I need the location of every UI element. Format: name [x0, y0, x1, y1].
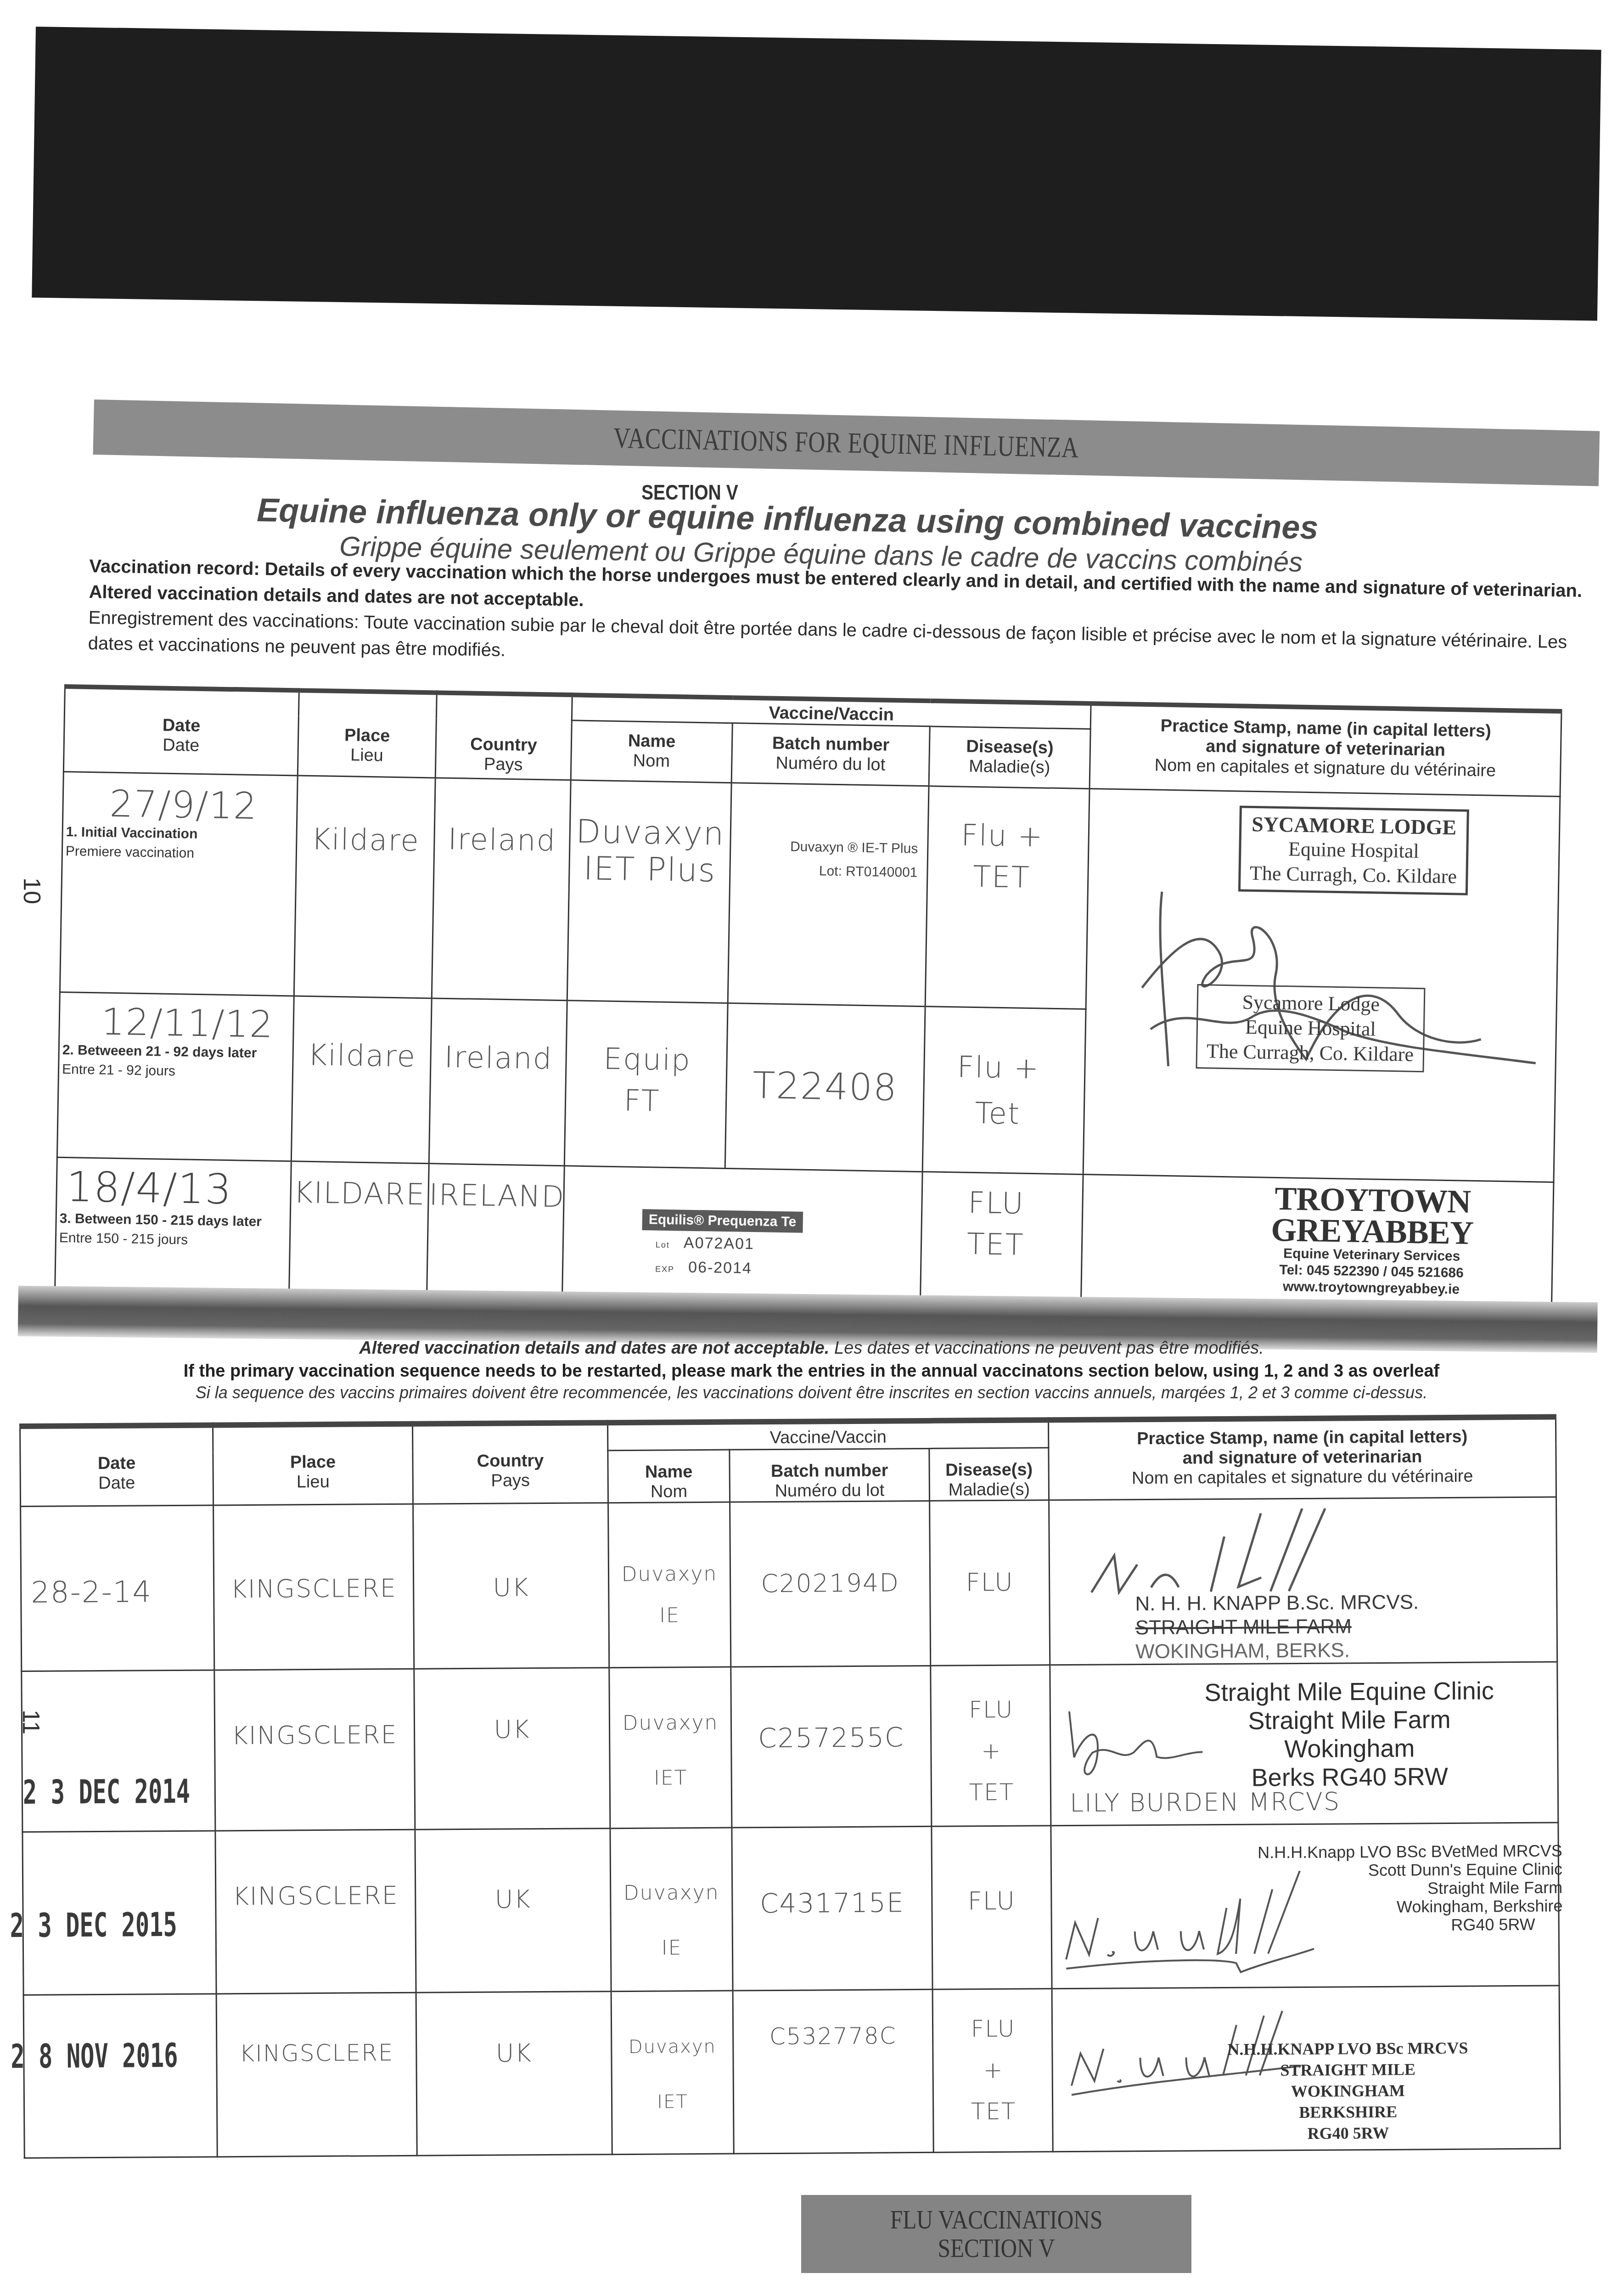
vet-signature	[1086, 1507, 1454, 1601]
instructions: Vaccination record: Details of every vac…	[88, 553, 1604, 681]
disease-cell: Flu + Tet	[922, 1007, 1086, 1175]
batch-cell: C431715E	[732, 1826, 932, 1991]
step-label-fr: Premiere vaccination	[66, 844, 296, 863]
disease-cell: FLU TET	[920, 1172, 1083, 1308]
vaccine-name-cell: Duvaxyn IE	[610, 1828, 733, 1992]
vet-stamp: N.H.H.KNAPP LVO BSc MRCVS STRAIGHT MILE …	[1227, 2037, 1468, 2144]
vet-signature	[1065, 1705, 1249, 1798]
date-cell: 27/9/12 1. Initial Vaccination Premiere …	[60, 771, 298, 996]
batch-cell: C202194D	[730, 1501, 931, 1667]
place-cell: KINGSCLERE	[213, 1504, 414, 1670]
col-place: PlaceLieu	[298, 690, 437, 777]
restart-note-en: If the primary vaccination sequence need…	[0, 1362, 1623, 1381]
vaccine-name-cell: Duvaxyn IET Plus	[567, 780, 731, 1003]
disease-cell: FLU + TET	[931, 1665, 1051, 1826]
vaccine-sticker: Equilis® Prequenza Te LotA072A01 EXP06-2…	[641, 1209, 803, 1282]
place-cell: KILDARE	[289, 1161, 429, 1297]
place-cell: KINGSCLERE	[214, 1669, 415, 1831]
page-number-10: 10	[18, 878, 45, 904]
practice-stamp-cell: TROYTOWN GREYABBEY Equine Veterinary Ser…	[1081, 1174, 1554, 1315]
place-cell: KINGSCLERE	[216, 1992, 417, 2157]
col-vaccine-name: NameNom	[571, 720, 732, 783]
batch-cell: C532778C	[733, 1989, 933, 2154]
section-banner: VACCINATIONS FOR EQUINE INFLUENZA	[93, 400, 1600, 486]
restart-note-fr: Si la sequence des vaccins primaires doi…	[0, 1383, 1623, 1402]
country-cell: IRELAND	[427, 1164, 564, 1299]
step-label: 1. Initial Vaccination	[66, 824, 296, 844]
banner-title: VACCINATIONS FOR EQUINE INFLUENZA	[613, 421, 1079, 465]
date-cell: 2 8 NOV 2016	[23, 1993, 217, 2158]
country-cell: UK	[416, 1991, 612, 2155]
date-value: 12/11/12	[101, 1000, 293, 1046]
vaccine-name-cell: Duvaxyn IET	[609, 1667, 732, 1829]
practice-stamp-cell: N.H.H.KNAPP LVO BSc MRCVS STRAIGHT MILE …	[1052, 1986, 1560, 2152]
date-cell: 2 3 DEC 2014	[22, 1670, 215, 1832]
vaccine-name-cell: Duvaxyn IE	[608, 1502, 731, 1668]
redacted-region	[32, 27, 1601, 321]
col-vaccine-group: Vaccine/Vaccin	[608, 1420, 1049, 1450]
practice-stamp-cell: N.H.H.Knapp LVO BSc BVetMed MRCVS Scott …	[1051, 1823, 1559, 1989]
altered-note: Altered vaccination details and dates ar…	[0, 1339, 1623, 1358]
vaccine-name-cell: Equip FT	[564, 1001, 728, 1169]
practice-stamp-cell: Straight Mile Equine Clinic Straight Mil…	[1050, 1662, 1558, 1826]
practice-stamp-sycamore-2: Sycamore Lodge Equine Hospital The Curra…	[1196, 984, 1425, 1072]
table-row: 2 8 NOV 2016 KINGSCLERE UK Duvaxyn IET C…	[23, 1986, 1560, 2158]
date-value: 27/9/12	[109, 782, 297, 828]
country-cell: Ireland	[429, 998, 567, 1166]
col-date: DateDate	[20, 1425, 213, 1506]
country-cell: UK	[415, 1828, 611, 1992]
col-vaccine-name: NameNom	[608, 1450, 730, 1503]
instructions-fr: Enregistrement des vaccinations: Toute v…	[88, 608, 1567, 660]
date-cell: 18/4/13 3. Between 150 - 215 days later …	[55, 1157, 292, 1294]
practice-stamp-cell: SYCAMORE LODGE Equine Hospital The Curra…	[1083, 789, 1560, 1182]
disease-cell: Flu + TET	[925, 786, 1089, 1009]
batch-cell: C257255C	[731, 1666, 932, 1828]
date-value: 18/4/13	[66, 1163, 291, 1215]
disease-cell: FLU	[932, 1825, 1052, 1989]
country-cell: UK	[413, 1503, 609, 1669]
col-country: CountryPays	[413, 1423, 608, 1504]
batch-cell: Duvaxyn ® IE-T Plus Lot: RT0140001	[728, 783, 929, 1007]
date-cell: 28-2-14	[21, 1505, 214, 1671]
table-row: 2 3 DEC 2014 KINGSCLERE UK Duvaxyn IET C…	[22, 1662, 1558, 1832]
footer-line-1: FLU VACCINATIONS	[890, 2206, 1103, 2234]
col-date: DateDate	[63, 687, 299, 776]
col-practice-stamp: Practice Stamp, name (in capital letters…	[1049, 1417, 1556, 1500]
annual-vaccination-table: DateDate PlaceLieu CountryPays Vaccine/V…	[19, 1414, 1561, 2159]
table-row: 27/9/12 1. Initial Vaccination Premiere …	[60, 771, 1560, 1017]
footer-line-2: SECTION V	[938, 2234, 1055, 2262]
table-row: 2 3 DEC 2015 KINGSCLERE UK Duvaxyn IE C4…	[22, 1823, 1559, 1995]
col-disease: Disease(s)Maladie(s)	[929, 726, 1090, 789]
vet-signature	[1056, 1870, 1332, 1978]
place-cell: Kildare	[294, 776, 435, 998]
practice-stamp-cell: N. H. H. KNAPP B.Sc. MRCVS. STRAIGHT MIL…	[1049, 1497, 1557, 1665]
country-cell: Ireland	[432, 778, 571, 1001]
practice-stamp-troytown: TROYTOWN GREYABBEY Equine Veterinary Ser…	[1256, 1182, 1488, 1298]
col-place: PlaceLieu	[213, 1424, 413, 1505]
col-batch: Batch numberNuméro du lot	[730, 1448, 930, 1502]
col-batch: Batch numberNuméro du lot	[731, 723, 930, 786]
date-cell: 12/11/12 2. Betweeen 21 - 92 days later …	[57, 992, 294, 1161]
disease-cell: FLU + TET	[932, 1988, 1053, 2152]
footer-banner: FLU VACCINATIONS SECTION V	[801, 2195, 1191, 2273]
col-practice-stamp: Practice Stamp, name (in capital letters…	[1089, 703, 1561, 796]
batch-cell: T22408	[725, 1003, 925, 1172]
col-disease: Disease(s)Maladie(s)	[929, 1447, 1049, 1501]
date-cell: 2 3 DEC 2015	[22, 1830, 216, 1995]
place-cell: KINGSCLERE	[215, 1829, 416, 1994]
place-cell: Kildare	[291, 996, 432, 1164]
primary-vaccination-table: DateDate PlaceLieu CountryPays Vaccine/V…	[54, 684, 1562, 1316]
vaccine-label-cell: Equilis® Prequenza Te LotA072A01 EXP06-2…	[562, 1166, 922, 1305]
disease-cell: FLU	[930, 1500, 1050, 1666]
col-country: CountryPays	[435, 692, 572, 780]
table-row: 28-2-14 KINGSCLERE UK Duvaxyn IE C202194…	[21, 1497, 1557, 1671]
vaccine-name-cell: Duvaxyn IET	[611, 1991, 734, 2155]
country-cell: UK	[414, 1667, 610, 1829]
